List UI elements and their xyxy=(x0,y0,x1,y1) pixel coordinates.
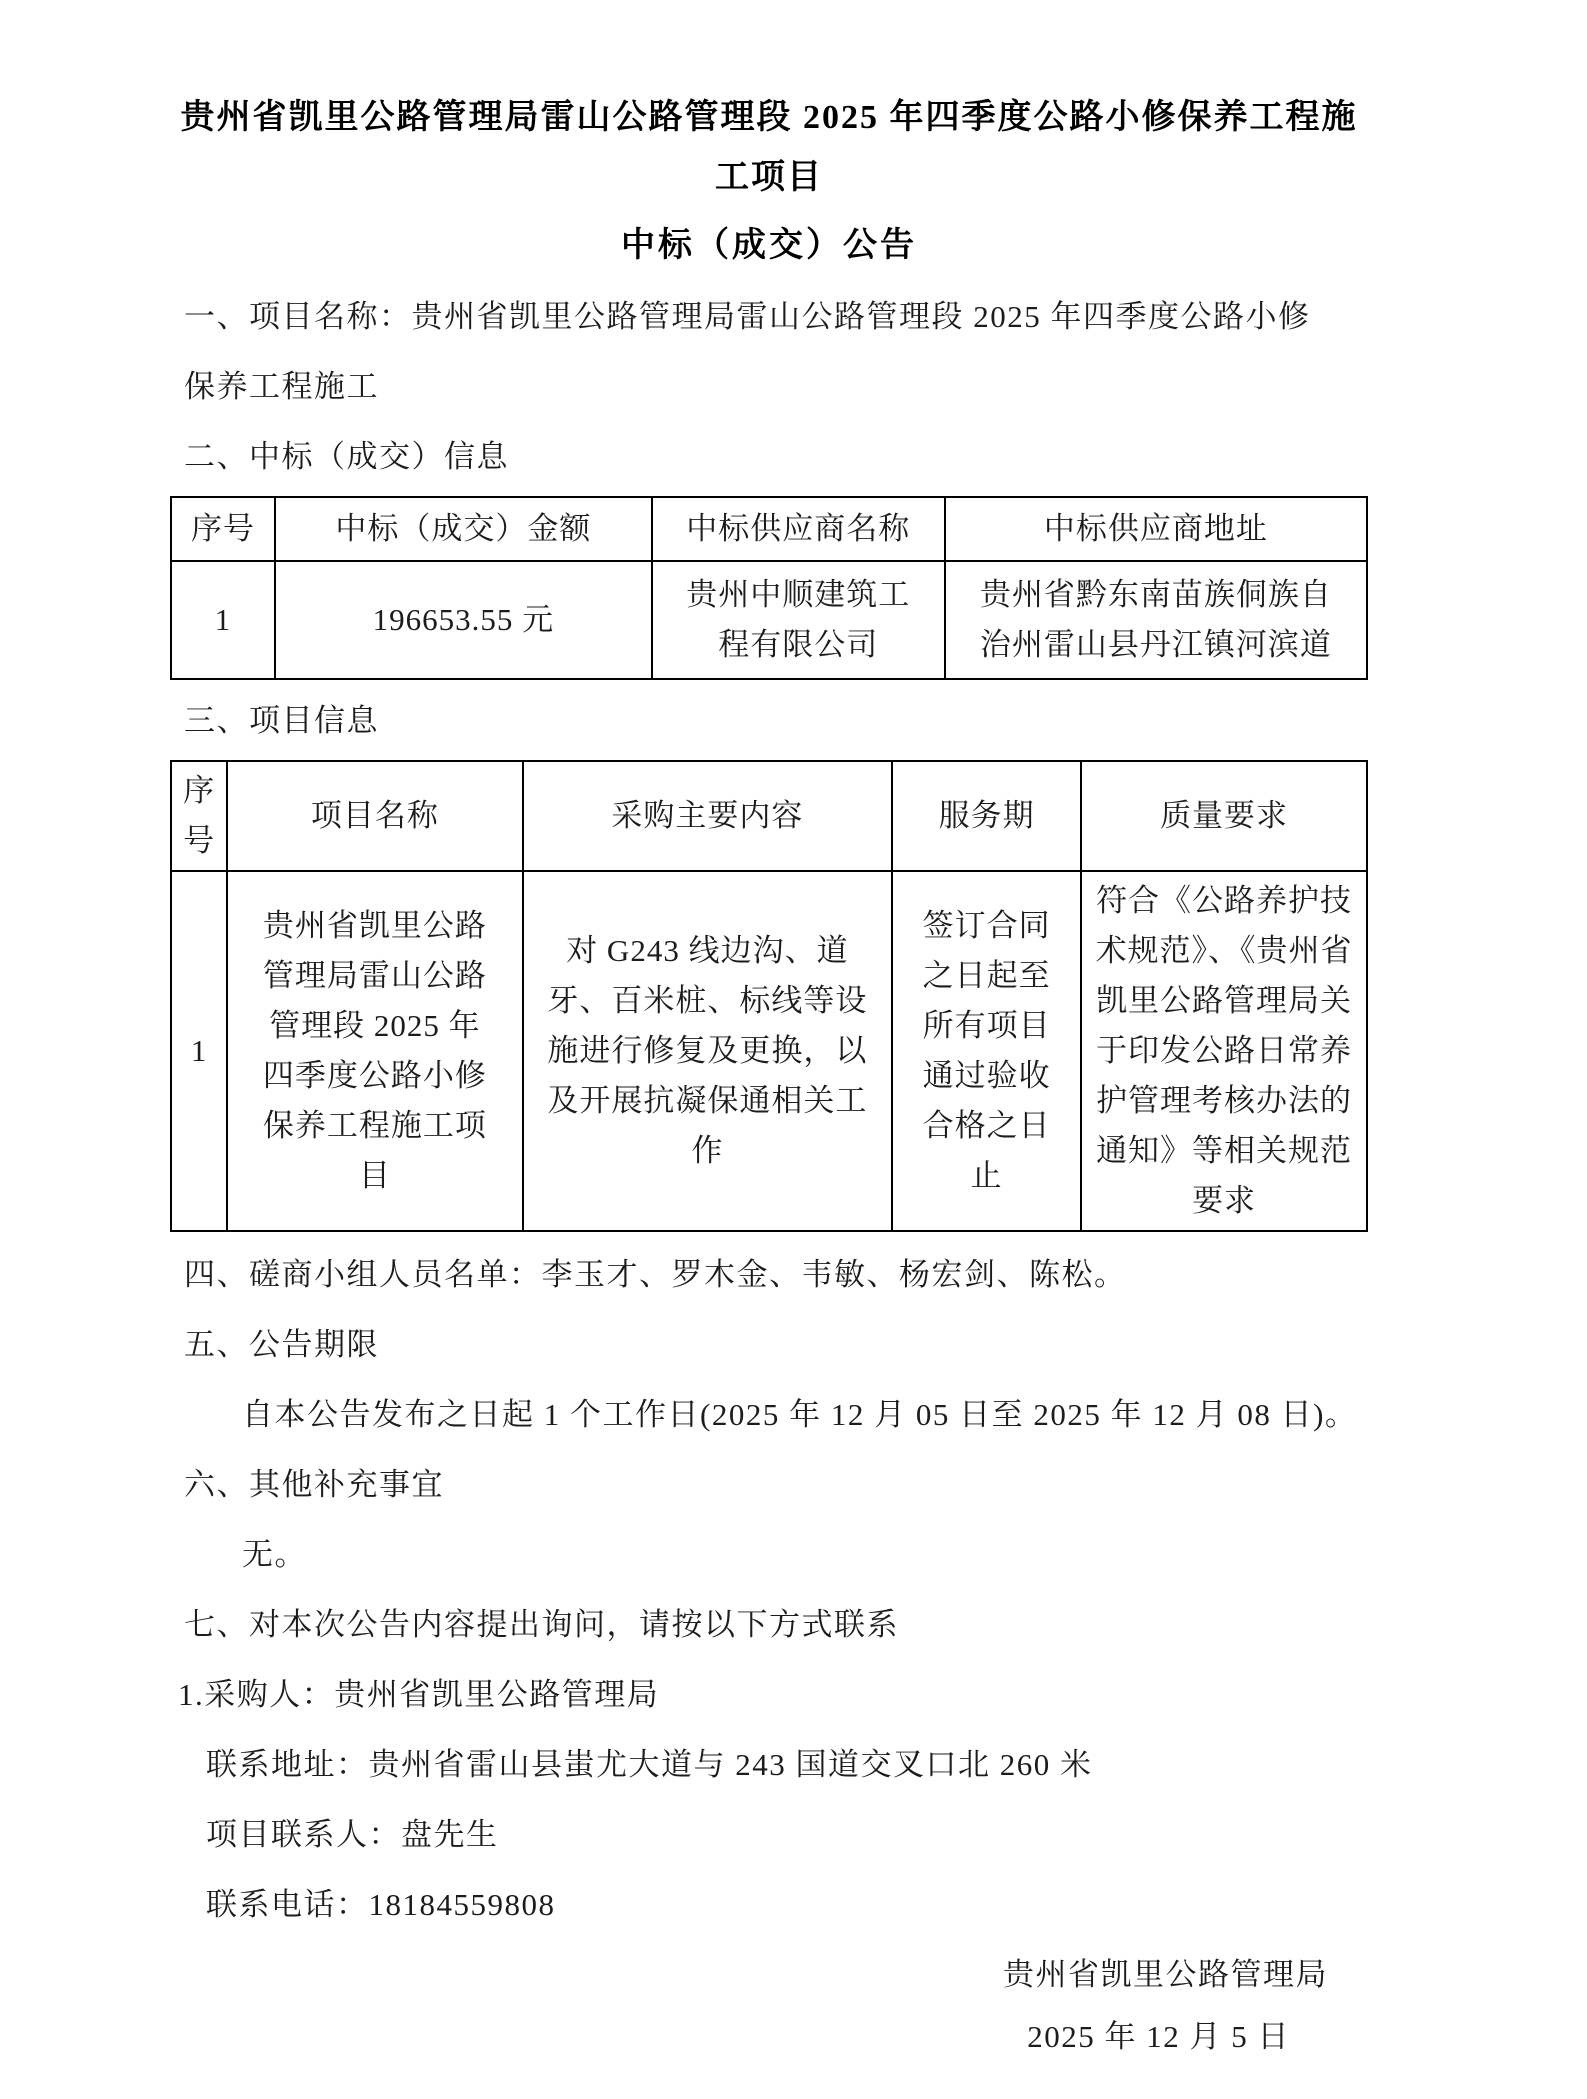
award-header-seq: 序号 xyxy=(171,497,275,561)
project-header-service-period: 服务期 xyxy=(892,761,1081,871)
contact-person-line: 项目联系人：盘先生 xyxy=(170,1800,1368,1870)
announcement-subtitle: 中标（成交）公告 xyxy=(170,216,1368,276)
project-header-name: 项目名称 xyxy=(227,761,522,871)
section-other-heading: 六、其他补充事宜 xyxy=(170,1450,1368,1520)
document-content: 贵州省凯里公路管理局雷山公路管理段 2025 年四季度公路小修保养工程施 工项目… xyxy=(170,0,1368,2068)
section-notice-period-heading: 五、公告期限 xyxy=(170,1310,1368,1380)
section-project-info-heading: 三、项目信息 xyxy=(170,686,1368,756)
document-title: 贵州省凯里公路管理局雷山公路管理段 2025 年四季度公路小修保养工程施 工项目 xyxy=(170,0,1368,208)
project-cell-quality: 符合《公路养护技术规范》、《贵州省凯里公路管理局关于印发公路日常养护管理考核办法… xyxy=(1081,871,1367,1231)
title-line-1: 贵州省凯里公路管理局雷山公路管理段 2025 年四季度公路小修保养工程施 xyxy=(170,88,1368,148)
project-cell-service-period: 签订合同之日起至所有项目通过验收合格之日止 xyxy=(892,871,1081,1231)
project-name-line-1: 一、项目名称：贵州省凯里公路管理局雷山公路管理段 2025 年四季度公路小修 xyxy=(184,282,1368,352)
award-header-supplier-name: 中标供应商名称 xyxy=(652,497,945,561)
award-cell-supplier-address: 贵州省黔东南苗族侗族自治州雷山县丹江镇河滨道 xyxy=(945,561,1367,679)
project-header-quality: 质量要求 xyxy=(1081,761,1367,871)
project-cell-content: 对 G243 线边沟、道牙、百米桩、标线等设施进行修复及更换，以及开展抗凝保通相… xyxy=(523,871,893,1231)
document-footer: 贵州省凯里公路管理局 2025 年 12 月 5 日 xyxy=(170,1944,1368,2068)
contact-phone-line: 联系电话：18184559808 xyxy=(170,1870,1368,1940)
project-info-table: 序号 项目名称 采购主要内容 服务期 质量要求 1 贵州省凯里公路管理局雷山公路… xyxy=(170,760,1368,1232)
project-header-content: 采购主要内容 xyxy=(523,761,893,871)
section-award-info-heading: 二、中标（成交）信息 xyxy=(170,422,1368,492)
contact-address-line: 联系地址：贵州省雷山县蚩尤大道与 243 国道交叉口北 260 米 xyxy=(170,1730,1368,1800)
award-table-row: 1 196653.55 元 贵州中顺建筑工程有限公司 贵州省黔东南苗族侗族自治州… xyxy=(171,561,1367,679)
award-info-table: 序号 中标（成交）金额 中标供应商名称 中标供应商地址 1 196653.55 … xyxy=(170,496,1368,680)
project-name-line-2: 保养工程施工 xyxy=(184,352,1368,422)
project-cell-name: 贵州省凯里公路管理局雷山公路管理段 2025 年四季度公路小修保养工程施工项目 xyxy=(227,871,522,1231)
footer-date: 2025 年 12 月 5 日 xyxy=(170,2006,1368,2068)
section-panel-members: 四、磋商小组人员名单：李玉才、罗木金、韦敏、杨宏剑、陈松。 xyxy=(170,1240,1368,1310)
award-header-amount: 中标（成交）金额 xyxy=(275,497,652,561)
award-cell-amount: 196653.55 元 xyxy=(275,561,652,679)
award-header-supplier-address: 中标供应商地址 xyxy=(945,497,1367,561)
project-cell-seq: 1 xyxy=(171,871,227,1231)
notice-period-body: 自本公告发布之日起 1 个工作日(2025 年 12 月 05 日至 2025 … xyxy=(170,1380,1368,1450)
award-cell-seq: 1 xyxy=(171,561,275,679)
project-header-seq: 序号 xyxy=(171,761,227,871)
purchaser-line: 1.采购人：贵州省凯里公路管理局 xyxy=(170,1660,1368,1730)
section-inquiry-heading: 七、对本次公告内容提出询问，请按以下方式联系 xyxy=(170,1590,1368,1660)
award-table-header-row: 序号 中标（成交）金额 中标供应商名称 中标供应商地址 xyxy=(171,497,1367,561)
project-table-header-row: 序号 项目名称 采购主要内容 服务期 质量要求 xyxy=(171,761,1367,871)
document-page: 贵州省凯里公路管理局雷山公路管理段 2025 年四季度公路小修保养工程施 工项目… xyxy=(0,0,1587,2099)
award-cell-supplier-name: 贵州中顺建筑工程有限公司 xyxy=(652,561,945,679)
title-line-2: 工项目 xyxy=(170,148,1368,208)
footer-issuer: 贵州省凯里公路管理局 xyxy=(170,1944,1368,2006)
section-project-name: 一、项目名称：贵州省凯里公路管理局雷山公路管理段 2025 年四季度公路小修 保… xyxy=(170,282,1368,422)
other-body: 无。 xyxy=(170,1520,1368,1590)
project-table-row: 1 贵州省凯里公路管理局雷山公路管理段 2025 年四季度公路小修保养工程施工项… xyxy=(171,871,1367,1231)
